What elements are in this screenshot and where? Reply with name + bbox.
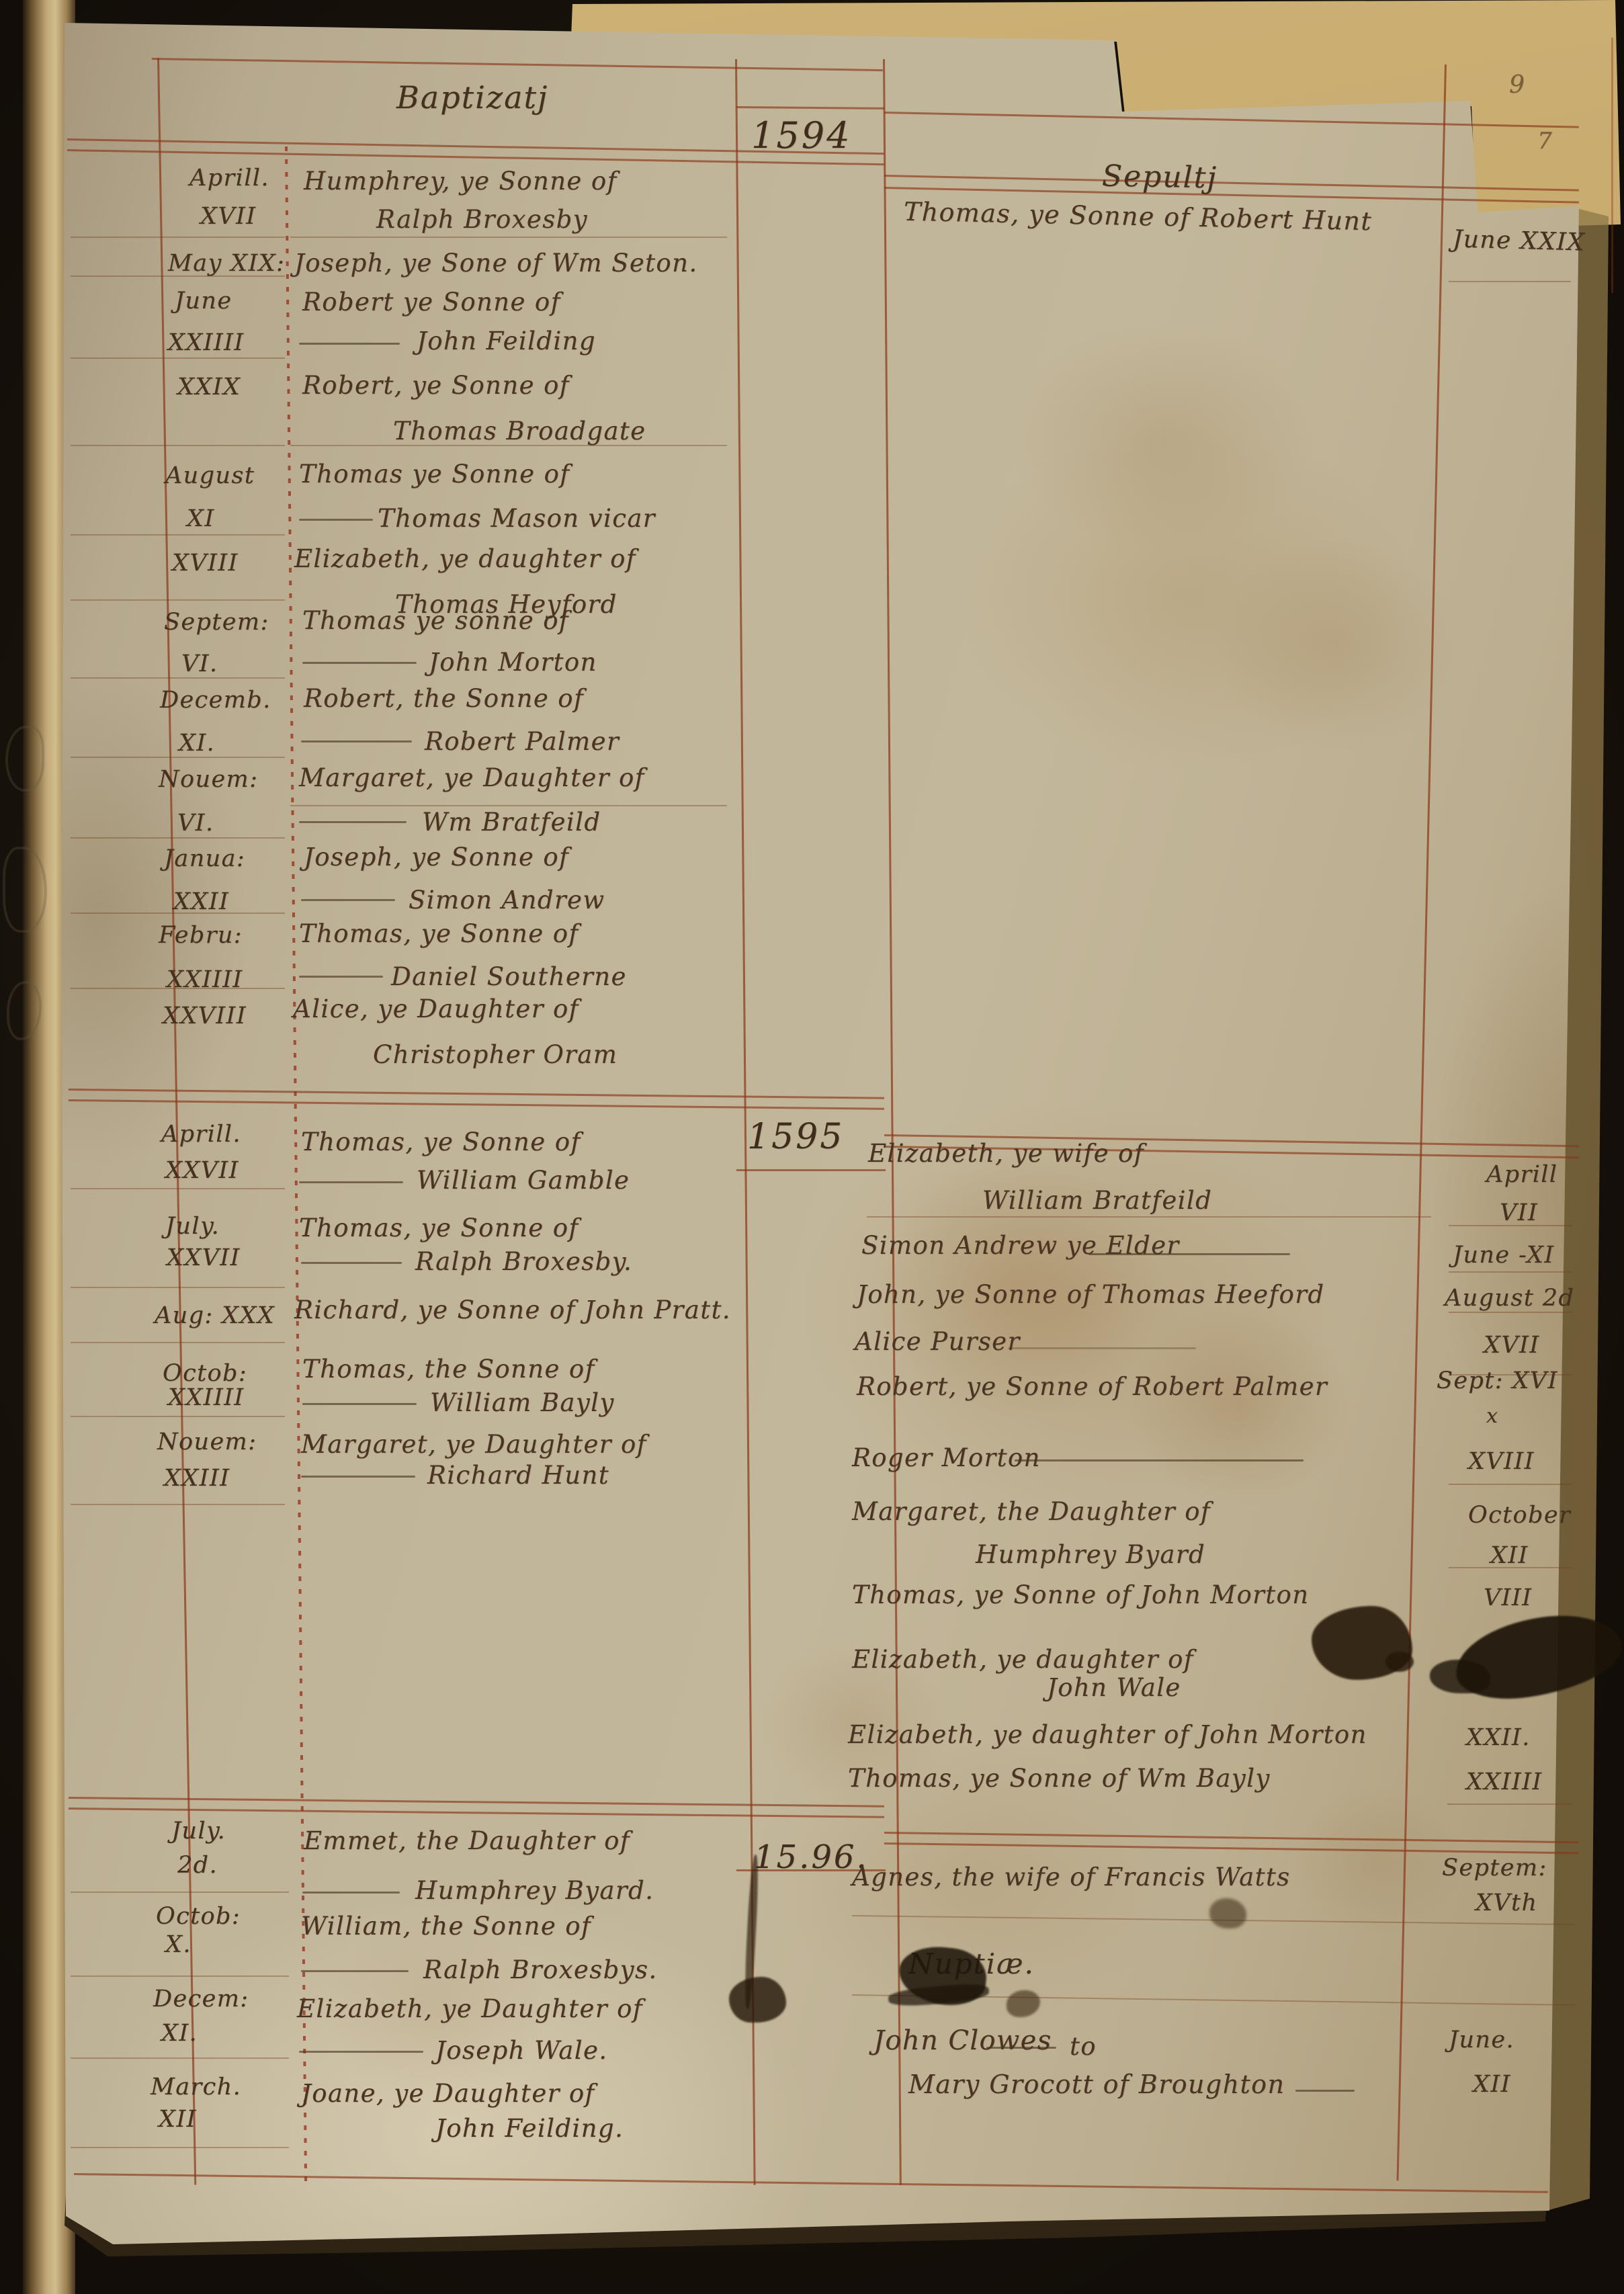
spine-ghost-mark [3, 847, 47, 933]
row-rule [71, 237, 285, 238]
entry-name: Mary Grocott of Broughton [908, 2070, 1285, 2099]
entry-name: Thomas, the Sonne of [302, 1355, 595, 1384]
entry-name: Alice, ye Daughter of [293, 994, 579, 1023]
flourish-dash [299, 976, 383, 978]
entry-name: Agnes, the wife of Francis Watts [852, 1863, 1291, 1892]
entry-name: Robert, ye Sonne of [302, 371, 570, 400]
flourish-dash [299, 821, 407, 823]
entry-date: XXIIII [167, 966, 243, 993]
stain [1008, 323, 1317, 551]
row-rule [867, 1216, 1431, 1218]
manuscript-photo: Baptizatj 1594 Sepultj 9 7 Aprill. XVII … [0, 0, 1624, 2294]
entry-date: July. [165, 1213, 220, 1240]
entry-date: XII [159, 2106, 197, 2133]
year-1594: 1594 [751, 114, 851, 157]
flourish-dash [299, 343, 400, 345]
entry-name: Robert, the Sonne of [304, 684, 584, 713]
entry-date: XVII [1484, 1332, 1539, 1359]
entry-date: Nouem: [159, 766, 258, 793]
entry-name: Robert, ye Sonne of Robert Palmer [857, 1372, 1328, 1401]
entry-name: William Bratfeild [982, 1186, 1212, 1215]
ruled-line [1449, 281, 1571, 282]
stain [1290, 1787, 1465, 1935]
entry-date: XXII [173, 888, 229, 915]
flourish-dash [299, 519, 373, 521]
entry-name: Elizabeth, ye daughter of [294, 544, 636, 573]
entry-name: Simon Andrew [409, 886, 605, 915]
entry-name: Margaret, the Daughter of [852, 1497, 1211, 1526]
entry-name: Christopher Oram [373, 1040, 617, 1069]
entry-date: Septem: [1442, 1855, 1547, 1881]
entry-name: Wm Bratfeild [422, 808, 601, 837]
flourish-dash [302, 662, 417, 664]
entry-date: XII [1490, 1542, 1529, 1569]
entry-date: May XIX: [168, 250, 285, 277]
row-rule [71, 599, 285, 601]
ruled-line [1447, 1803, 1572, 1805]
entry-date: XVII [200, 203, 256, 230]
entry-name: Joseph Wale. [435, 2036, 607, 2065]
entry-date: June [175, 288, 232, 314]
entry-name: William, the Sonne of [301, 1912, 591, 1941]
row-rule [71, 357, 285, 359]
entry-date: March. [151, 2074, 241, 2100]
row-rule [71, 1892, 289, 1893]
entry-name: Thomas, ye Sonne of John Morton [852, 1580, 1309, 1609]
entry-date: XVIII [1468, 1448, 1535, 1475]
entry-name: John Feilding. [435, 2114, 624, 2143]
row-rule [71, 1416, 285, 1417]
entry-date: XI. [179, 730, 215, 757]
entry-name: John Morton [429, 648, 597, 677]
burials-header: Sepultj [1102, 159, 1218, 196]
entry-name: Elizabeth, ye daughter of [852, 1645, 1194, 1674]
entry-name: Joane, ye Daughter of [301, 2079, 595, 2108]
entry-name: Daniel Southerne [391, 962, 627, 991]
flourish-dash [301, 740, 412, 742]
entry-date: Janua: [164, 845, 245, 872]
entry-name: Alice Purser [855, 1327, 1021, 1356]
entry-date: Septem: [164, 609, 269, 636]
entry-name: John Clowes [873, 2025, 1052, 2056]
ruled-line [736, 1169, 886, 1171]
entry-date: June. [1449, 2027, 1514, 2053]
row-rule [1449, 1271, 1572, 1273]
row-rule [71, 445, 285, 446]
entry-date: XXIII [164, 1465, 230, 1492]
entry-date: Febru: [159, 922, 243, 949]
entry-name: Margaret, ye Daughter of [301, 1430, 647, 1459]
entry-date: Aprill. [189, 165, 269, 192]
entry-name: Robert Palmer [425, 727, 619, 756]
entry-date: Nouem: [157, 1429, 257, 1455]
entry-date: Sept: XVI [1437, 1367, 1558, 1394]
entry-date: Decemb. [160, 687, 271, 714]
entry-date: XI. [161, 2020, 198, 2047]
entry-name: William Bayly [430, 1388, 615, 1417]
flourish-dash [1015, 1459, 1304, 1461]
row-rule [71, 757, 285, 758]
flourish-dash [299, 1181, 403, 1183]
entry-name: John Wale [1047, 1673, 1181, 1702]
year-1595: 1595 [747, 1117, 844, 1157]
page-number: 9 [1509, 71, 1525, 99]
row-rule [1449, 1312, 1572, 1313]
entry-name: Emmet, the Daughter of [304, 1826, 630, 1855]
entry-date: XII [1473, 2071, 1511, 2098]
entry-date: Decem: [153, 1986, 249, 2012]
entry-name: Thomas Broadgate [393, 417, 646, 445]
stain [1216, 538, 1458, 753]
entry-date: XXVII [167, 1244, 241, 1271]
row-rule [71, 1342, 285, 1343]
entry-date: XXVII [165, 1157, 239, 1184]
flourish-dash [301, 1476, 415, 1478]
flourish-dash [301, 1262, 402, 1264]
entry-date: x [1486, 1404, 1498, 1428]
ink-smudge [1209, 1898, 1246, 1928]
entry-date: XXII. [1466, 1724, 1531, 1751]
entry-name: Ralph Broxesbys. [423, 1955, 658, 1984]
entry-name: Thomas ye Sonne of [299, 460, 570, 488]
row-rule [71, 837, 285, 839]
flourish-dash [299, 2051, 423, 2053]
entry-name: William Gamble [417, 1166, 630, 1195]
entry-name: Elizabeth, ye wife of [868, 1139, 1144, 1168]
entry-date: June -XI [1453, 1242, 1554, 1269]
row-rule [71, 534, 285, 536]
entry-date: Aprill [1486, 1161, 1557, 1188]
entry-name: Thomas, ye Sonne of [299, 1214, 579, 1242]
flourish-dash [301, 899, 395, 901]
row-rule [1449, 1484, 1572, 1485]
stain [1129, 1304, 1351, 1505]
ink-blot [729, 1977, 786, 2023]
entry-name: Humphrey, ye Sonne of [304, 167, 617, 196]
entry-name: Ralph Broxesby. [415, 1247, 632, 1276]
entry-date: X. [165, 1931, 191, 1958]
row-rule [71, 1976, 289, 1977]
entry-name: Richard Hunt [427, 1461, 609, 1490]
flourish-dash [302, 1403, 417, 1405]
entry-name: Roger Morton [852, 1443, 1041, 1472]
row-rule [290, 805, 727, 806]
entry-name: Simon Andrew ye Elder [861, 1231, 1179, 1260]
entry-date: VII [1500, 1199, 1538, 1226]
row-rule [71, 1188, 285, 1189]
entry-name: Humphrey Byard. [415, 1876, 654, 1905]
entry-date: XVth [1476, 1889, 1537, 1916]
entry-date: Aprill. [161, 1121, 241, 1148]
entry-date: XXIX [177, 374, 241, 400]
entry-name: Margaret, ye Daughter of [299, 763, 645, 792]
flourish-dash [1295, 2090, 1355, 2092]
baptisms-header: Baptizatj [396, 79, 548, 116]
ink-blot [1430, 1660, 1490, 1693]
entry-name: Thomas Mason vicar [378, 504, 656, 533]
entry-date: VI. [181, 650, 218, 677]
flourish-dash [301, 1970, 409, 1972]
entry-name: Ralph Broxesby [376, 205, 588, 234]
entry-date: 2d. [177, 1852, 218, 1879]
entry-name: Robert ye Sonne of [302, 288, 561, 316]
entry-name: Thomas, ye Sonne of Wm Bayly [848, 1764, 1271, 1793]
entry-date: June XXIX [1452, 225, 1585, 256]
entry-name: Thomas ye sonne of [302, 606, 569, 635]
entry-date: VI. [177, 810, 214, 837]
entry-name: Joseph, ye Sonne of [304, 843, 569, 872]
row-rule [71, 677, 285, 679]
flourish-dash [1008, 1347, 1196, 1349]
entry-name: John Feilding [417, 327, 596, 355]
row-rule [290, 237, 727, 238]
entry-date: August 2d [1445, 1285, 1574, 1312]
row-rule [71, 2147, 289, 2148]
entry-joiner: to [1070, 2032, 1097, 2061]
row-rule [71, 2057, 289, 2059]
entry-date: August [165, 462, 255, 489]
entry-date: XXIIII [1466, 1769, 1543, 1795]
entry-date: Octob: [163, 1360, 247, 1387]
flourish-dash [986, 2047, 1056, 2049]
spine-ghost-mark [5, 726, 44, 792]
entry-date: Aug: XXX [155, 1302, 275, 1329]
entry-name: Elizabeth, ye daughter of John Morton [848, 1720, 1367, 1749]
entry-name: John, ye Sonne of Thomas Heeford [857, 1280, 1324, 1309]
entry-date: July. [171, 1818, 226, 1844]
row-rule [71, 1504, 285, 1505]
entry-name: Thomas, ye Sonne of [301, 1128, 581, 1156]
flourish-dash [1088, 1253, 1290, 1255]
entry-date: XVIII [172, 550, 239, 577]
entry-name: Thomas, ye Sonne of [299, 919, 579, 948]
ink-blot [1385, 1652, 1414, 1672]
page-number: 7 [1537, 128, 1553, 155]
entry-name: Richard, ye Sonne of John Pratt. [294, 1295, 731, 1324]
entry-date: XXIIII [168, 329, 245, 356]
entry-date: October [1468, 1502, 1571, 1529]
flourish-dash [302, 1892, 400, 1894]
entry-date: Octob: [156, 1903, 241, 1930]
entry-name: Joseph, ye Sone of Wm Seton. [294, 249, 698, 278]
entry-date: VIII [1484, 1584, 1532, 1611]
entry-date: XI [187, 505, 215, 532]
row-rule [71, 1287, 285, 1288]
entry-date: XXIIII [168, 1384, 245, 1411]
ruled-line [1611, 38, 1613, 293]
entry-name: Humphrey Byard [976, 1540, 1205, 1569]
entry-name: Elizabeth, ye Daughter of [297, 1994, 643, 2023]
entry-date: XXVIII [163, 1003, 247, 1029]
